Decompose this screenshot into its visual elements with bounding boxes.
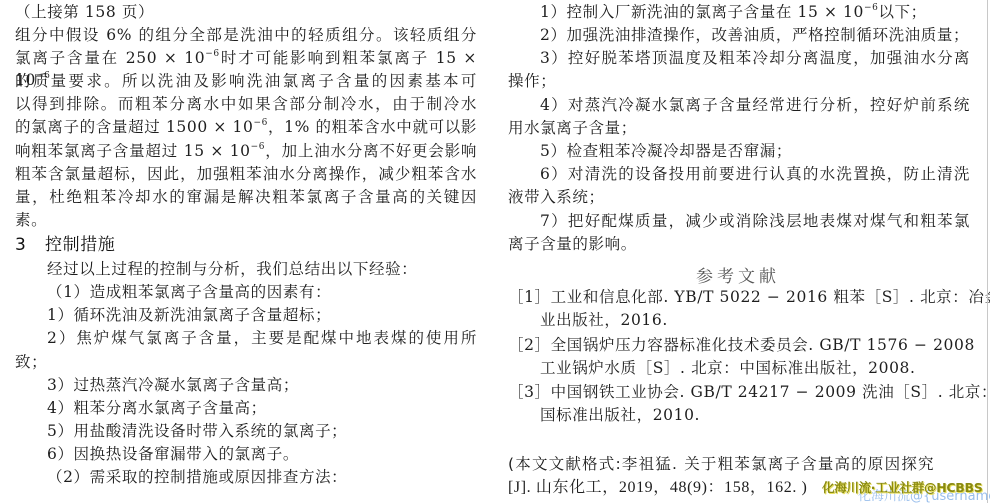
reference-item-continued: 业出版社，2016. <box>540 309 668 331</box>
section-number: 3 <box>15 234 45 256</box>
citation-line: [J]. 山东化工，2019，48(9)：158，162. ) <box>508 477 807 499</box>
paragraph-line: 量，杜绝粗苯冷却水的窜漏是解决粗苯氯离子含量高的关键因 <box>15 186 477 208</box>
measure-item: 3）控好脱苯塔顶温度及粗苯冷却分离温度，加强油水分离 <box>540 47 970 69</box>
cause-item: 5）用盐酸清洗设备时带入系统的氯离子； <box>47 420 347 442</box>
reference-label: ［2］ <box>508 336 551 354</box>
reference-item-continued: 国标准出版社，2010. <box>540 404 700 426</box>
paragraph-line: 素。 <box>15 209 47 231</box>
measure-item-continued: 用水氯离子含量； <box>508 117 637 139</box>
paragraph-line: 以得到排除。而粗苯分离水中如果含部分制冷水，由于制冷水 <box>15 93 477 115</box>
measure-item: 7）把好配煤质量，减少或消除浅层地表煤对煤气和粗苯氯 <box>540 210 970 232</box>
measure-item: 6）对清洗的设备投用前要进行认真的水洗置换，防止清洗 <box>540 163 970 185</box>
reference-item: ［1］工业和信息化部. YB/T 5022 − 2016 粗苯［S］. 北京：冶… <box>508 286 990 308</box>
measure-item: 2）加强洗油排渣操作，改善油质，严格控制循环洗油质量； <box>540 24 969 46</box>
cause-item: 6）因换热设备窜漏带入的氯离子。 <box>47 443 299 465</box>
measure-item: 1）控制入厂新洗油的氯离子含量在 15 × 10−6以下； <box>540 1 927 23</box>
measure-item-continued: 液带入系统； <box>508 186 605 208</box>
intro-line: 经过以上过程的控制与分析，我们总结出以下经验： <box>47 258 417 280</box>
paragraph-line: 组分中假设 6% 的组分全部是洗油中的轻质组分。该轻质组分 <box>15 24 477 46</box>
cause-item: 2）焦炉煤气氯离子含量，主要是配煤中地表煤的使用所 <box>47 327 477 349</box>
references-title: 参考文献 <box>508 262 968 287</box>
reference-label: ［3］ <box>508 383 551 401</box>
paragraph-line: 粗苯含氯量超标，因此，加强粗苯油水分离操作，减少粗苯含水 <box>15 163 477 185</box>
section-heading: 3控制措施 <box>15 234 115 256</box>
cause-item: 1）循环洗油及新洗油氯离子含量超标； <box>47 304 331 326</box>
continued-from-note: （上接第 158 页） <box>15 1 154 23</box>
measure-item-continued: 操作； <box>508 70 556 92</box>
paragraph-line: 的质量要求。所以洗油及影响洗油氯离子含量的因素基本可 <box>15 70 477 92</box>
measure-item: 4）对蒸汽冷凝水氯离子含量经常进行分析，控好炉前系统 <box>540 94 970 116</box>
measure-item: 5）检查粗苯冷凝冷却器是否窜漏； <box>540 140 792 162</box>
causes-heading: （1）造成粗苯氯离子含量高的因素有： <box>47 281 331 303</box>
cause-item: 4）粗苯分离水氯离子含量高； <box>47 397 267 419</box>
reference-item: ［2］全国锅炉压力容器标准化技术委员会. GB/T 1576 − 2008 <box>508 334 975 356</box>
watermark: 化海川流·工业社群@HCBBS <box>822 478 982 496</box>
cause-item-continued: 致； <box>15 351 47 373</box>
measures-heading: （2）需采取的控制措施或原因排查方法： <box>47 466 347 488</box>
citation-line: (本文文献格式:李祖猛. 关于粗苯氯离子含量高的原因探究 <box>508 453 935 475</box>
page-edge-divider <box>987 0 988 503</box>
paragraph-line: 响粗苯氯离子含量超过 15 × 10−6，加上油水分离不好更会影响 <box>15 140 477 162</box>
paragraph-line: 的氯离子的含量超过 1500 × 10−6，1% 的粗苯含水中就可以影 <box>15 116 477 138</box>
reference-item: ［3］中国钢铁工业协会. GB/T 24217 − 2009 洗油［S］. 北京… <box>508 381 990 403</box>
measure-item-continued: 离子含量的影响。 <box>508 233 637 255</box>
reference-label: ［1］ <box>508 288 551 306</box>
cause-item: 3）过热蒸汽冷凝水氯离子含量高； <box>47 374 299 396</box>
section-title: 控制措施 <box>45 235 115 255</box>
reference-item-continued: 工业锅炉水质［S］. 北京：中国标准出版社，2008. <box>540 357 916 379</box>
